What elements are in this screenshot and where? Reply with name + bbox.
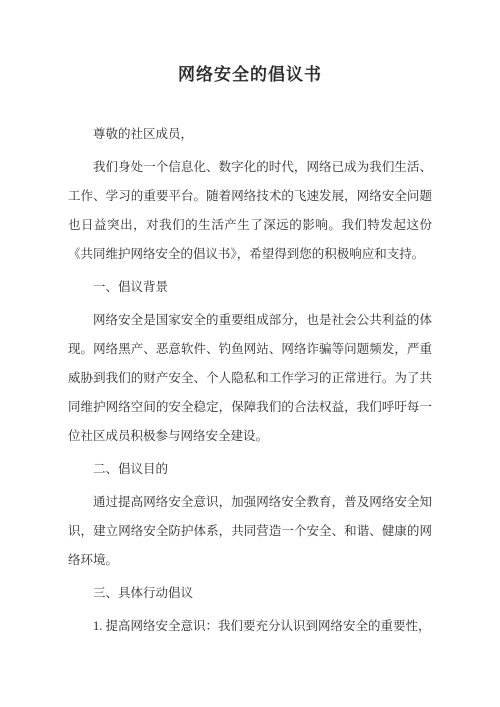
numbered-item-1: 1. 提高网络安全意识：我们要充分认识到网络安全的重要性， [68,612,432,641]
paragraph-background: 网络安全是国家安全的重要组成部分，也是社会公共利益的体现。网络黑产、恶意软件、钓… [68,306,432,451]
section-heading-purpose: 二、倡议目的 [68,455,432,484]
salutation-line: 尊敬的社区成员， [68,120,432,149]
paragraph-purpose: 通过提高网络安全意识，加强网络安全教育，普及网络安全知识，建立网络安全防护体系，… [68,488,432,575]
paragraph-intro: 我们身处一个信息化、数字化的时代，网络已成为我们生活、工作、学习的重要平台。随着… [68,153,432,269]
document-title: 网络安全的倡议书 [68,62,432,88]
section-heading-background: 一、倡议背景 [68,273,432,302]
section-heading-actions: 三、具体行动倡议 [68,579,432,608]
document-page: 网络安全的倡议书 尊敬的社区成员， 我们身处一个信息化、数字化的时代，网络已成为… [0,0,500,707]
document-body: 尊敬的社区成员， 我们身处一个信息化、数字化的时代，网络已成为我们生活、工作、学… [68,120,432,641]
